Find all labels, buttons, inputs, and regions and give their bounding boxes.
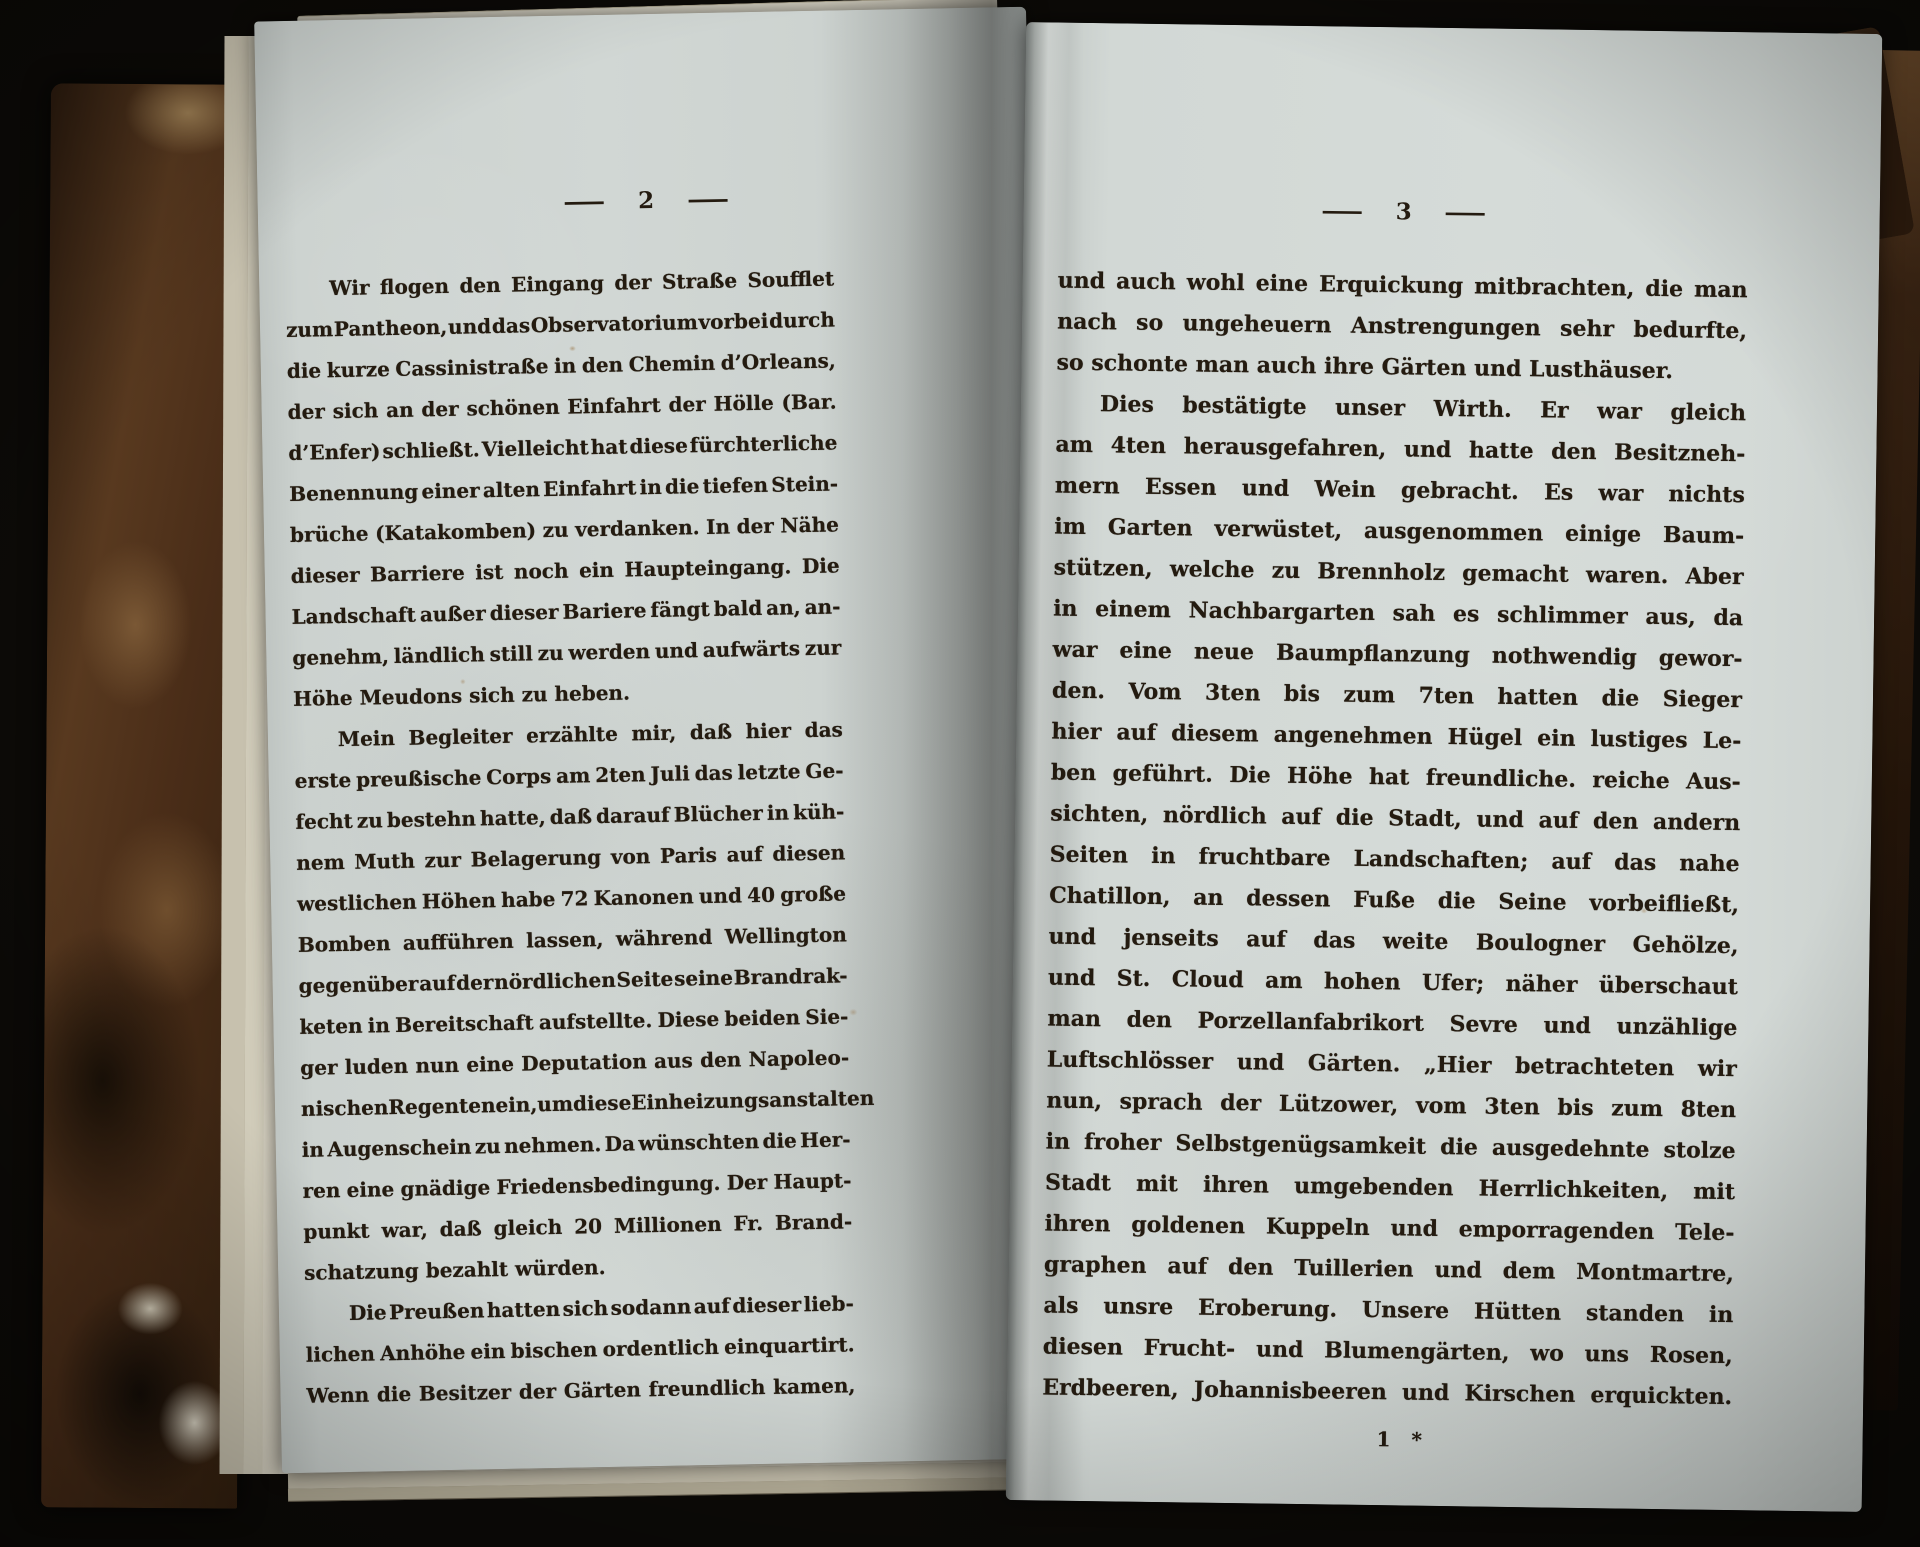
header-rule-left: — [1320,196,1364,227]
header-rule-left: — [563,187,607,218]
left-page: — 2 — WirflogendenEingangderStraßeSouffl… [254,7,1054,1474]
right-page: — 3 — undauchwohleineErquickungmitbracht… [1006,22,1883,1512]
header-rule-right: — [686,184,730,215]
left-page-number: 2 [638,186,655,216]
signature-mark: 1 * [1376,1427,1422,1452]
right-page-header: — 3 — [1059,193,1749,233]
book-cover-spine [41,83,247,1508]
left-page-text: WirflogendenEingangderStraßeSouffletzumP… [285,258,856,1416]
book-photo: — 2 — WirflogendenEingangderStraßeSouffl… [0,0,1920,1547]
header-rule-right: — [1443,198,1487,229]
right-page-text: undauchwohleineErquickungmitbrachten,die… [1042,261,1748,1419]
left-page-header: — 2 — [371,181,920,222]
text-line: Erdbeeren,JohannisbeerenundKirschenerqui… [1042,1367,1733,1418]
right-page-number: 3 [1396,197,1412,227]
